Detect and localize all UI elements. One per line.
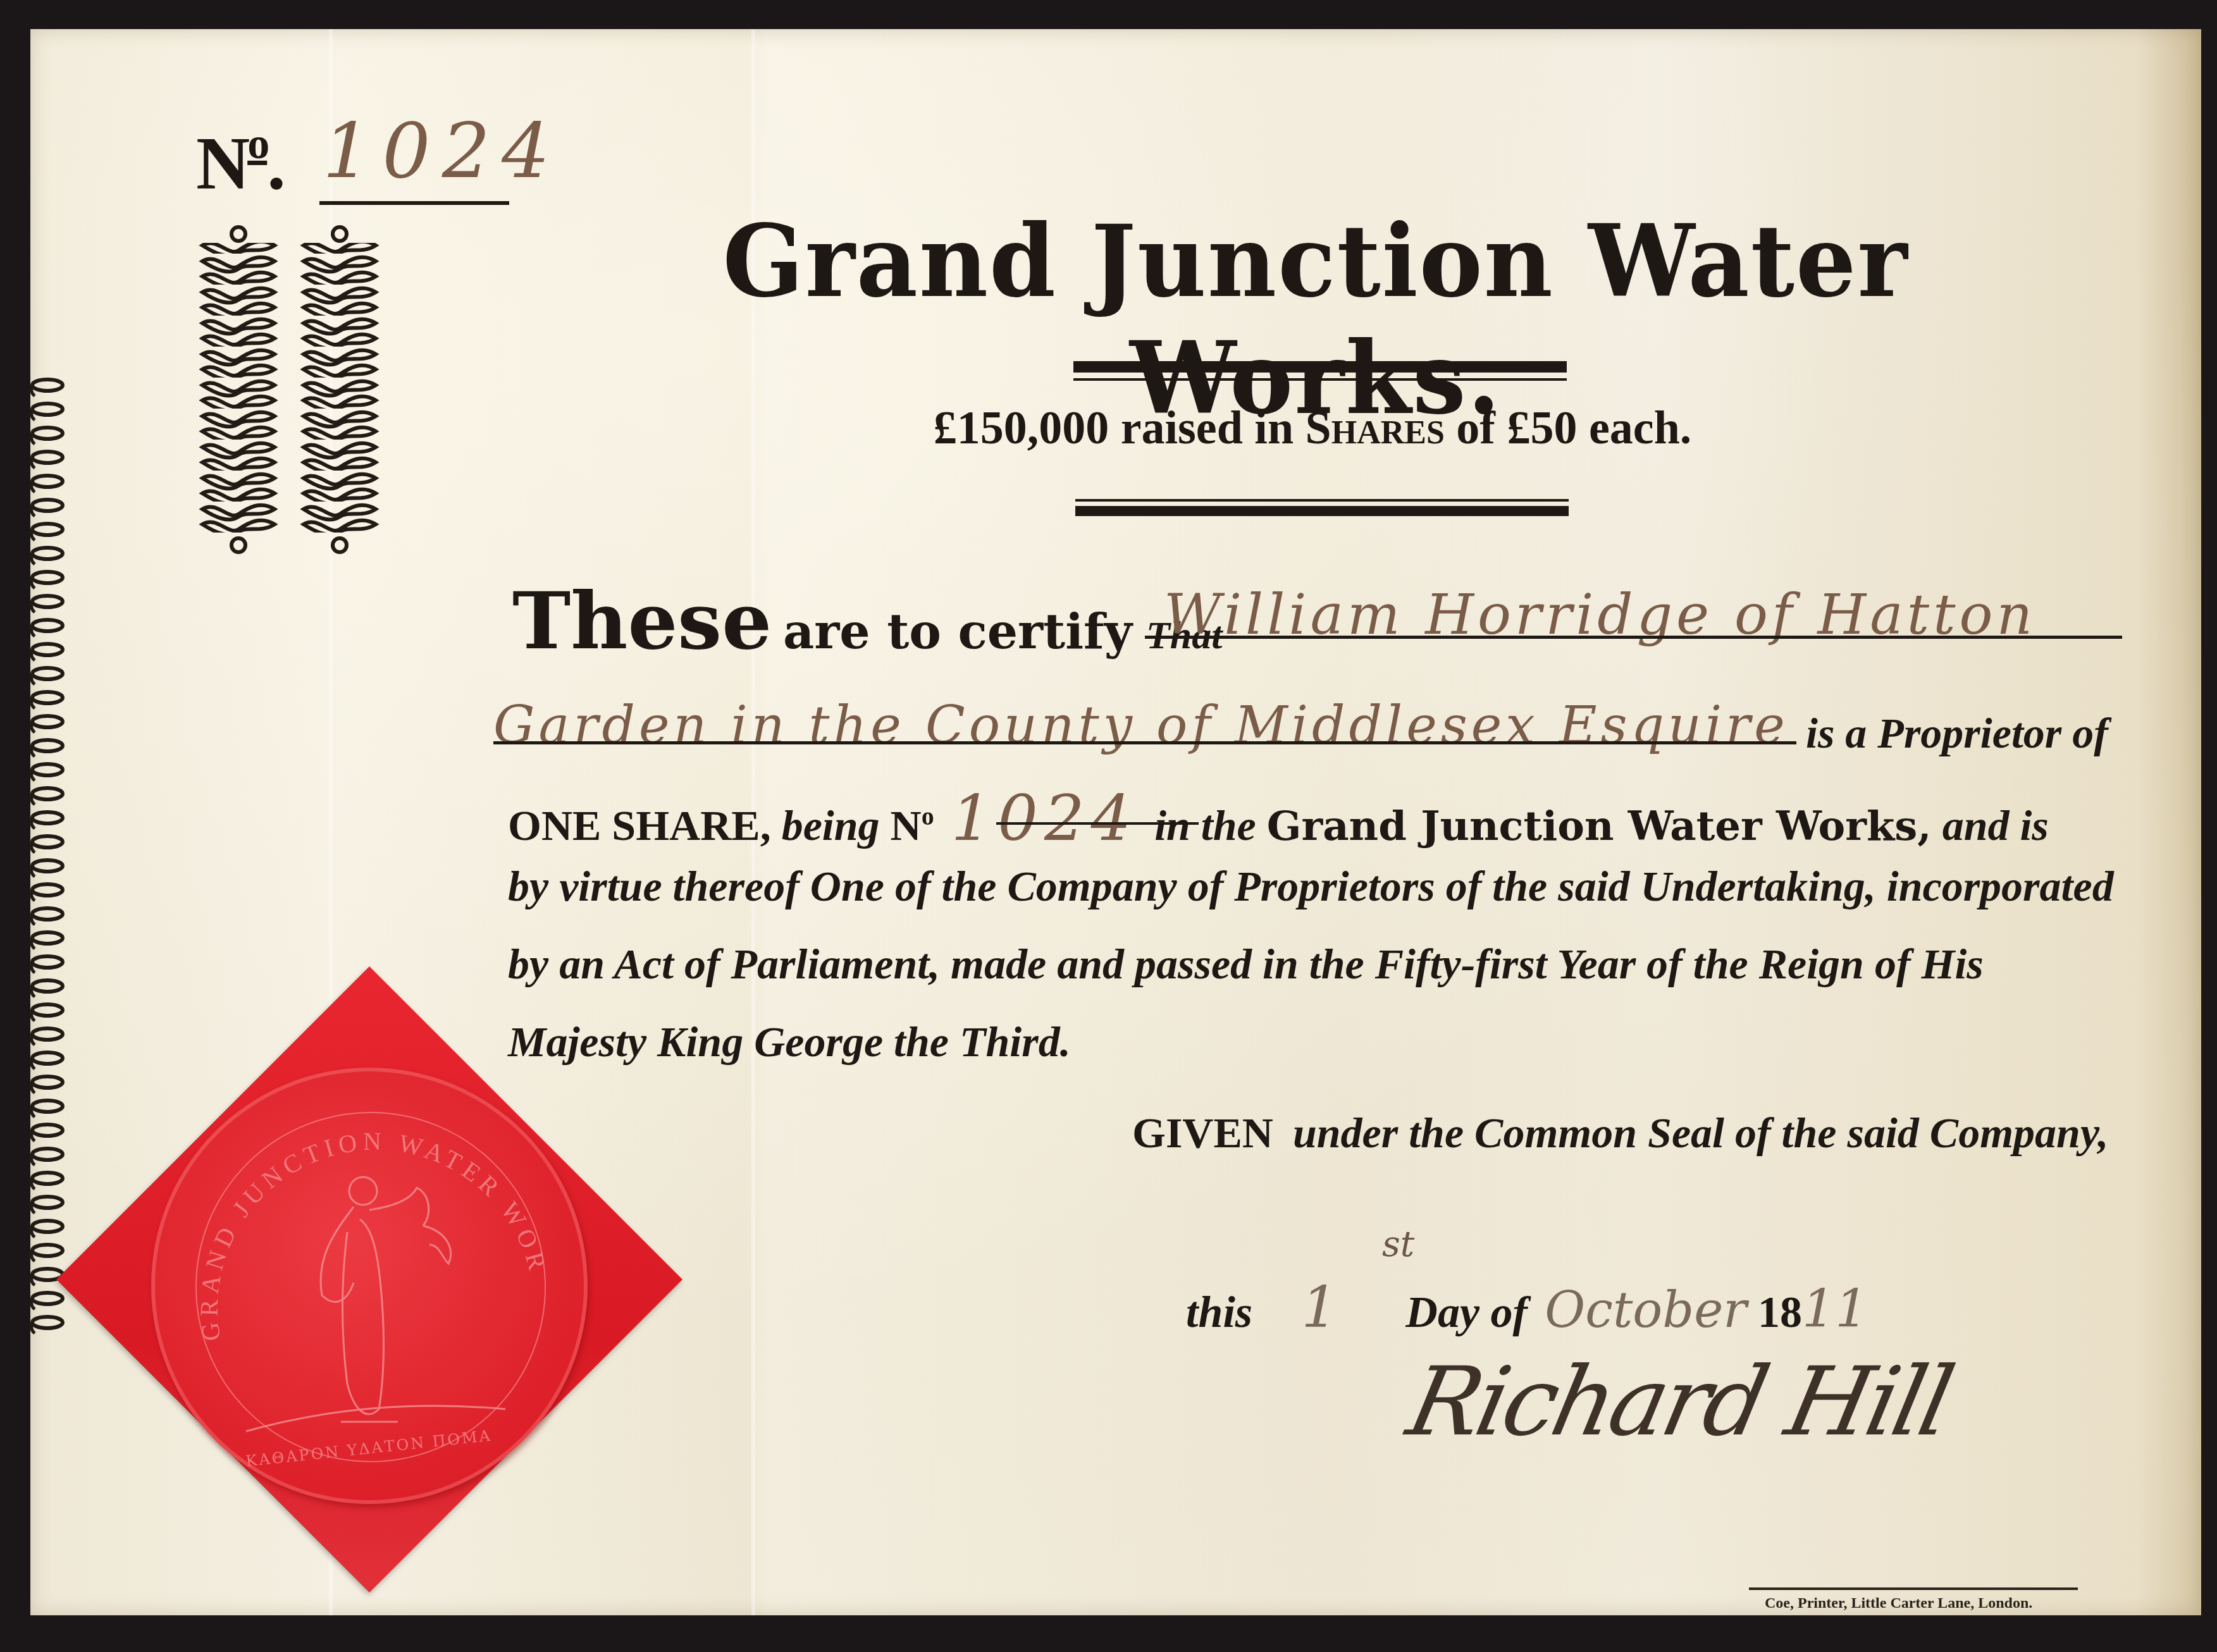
holder-name-line2: Garden in the County of Middlesex Esquir…	[493, 696, 1789, 756]
share-number-underline	[996, 822, 1199, 825]
title-rule-thick	[1073, 361, 1567, 373]
body-line-2: by an Act of Parliament, made and passed…	[508, 939, 1984, 989]
body-line-1: by virtue thereof One of the Company of …	[508, 861, 2114, 911]
share-line: ONE SHARE, being No 1024 in the Grand Ju…	[508, 781, 2049, 855]
signature-handwritten: Richard Hill	[1399, 1347, 1960, 1457]
svg-text:GRAND JUNCTION WATER WORKS: GRAND JUNCTION WATER WORKS	[151, 1068, 553, 1343]
certify-heading: Theseare to certifyThat	[512, 576, 1222, 667]
capital-rule-thin	[1075, 499, 1569, 502]
proprietor-text: is a Proprietor of	[1806, 708, 2108, 758]
title-rule-thin	[1073, 378, 1567, 381]
ornament-columns	[197, 223, 381, 558]
day-suffix-handwritten: st	[1382, 1224, 1414, 1265]
capital-rule-thick	[1075, 506, 1569, 516]
printer-imprint: Coe, Printer, Little Carter Lane, London…	[1765, 1595, 2032, 1612]
capital-statement: £150,000 raised in Shares of £50 each.	[829, 402, 1796, 455]
seal-legend: GRAND JUNCTION WATER WORKS	[151, 1068, 553, 1343]
wax-seal: GRAND JUNCTION WATER WORKS ΚΑΘΑΡΟΝ ΥΔΑΤΟ…	[40, 951, 698, 1608]
date-line: this 1 Day of October 1811	[1186, 1274, 1868, 1341]
printer-rule	[1749, 1587, 2078, 1590]
number-label: No.	[196, 119, 283, 207]
holder-underline-2	[493, 741, 1796, 744]
seal-exergue: ΚΑΘΑΡΟΝ ΥΔΑΤΟΝ ΠΟΜΑ	[245, 1427, 493, 1470]
holder-underline-1	[1145, 636, 2122, 639]
given-line: GIVEN under the Common Seal of the said …	[1132, 1108, 2109, 1158]
knot-ornament-icon	[299, 223, 381, 558]
knot-ornament-icon	[197, 223, 280, 558]
number-value-handwritten: 1024	[323, 108, 561, 195]
seal-emblem-icon: GRAND JUNCTION WATER WORKS ΚΑΘΑΡΟΝ ΥΔΑΤΟ…	[151, 1068, 588, 1504]
number-underline	[319, 201, 509, 205]
